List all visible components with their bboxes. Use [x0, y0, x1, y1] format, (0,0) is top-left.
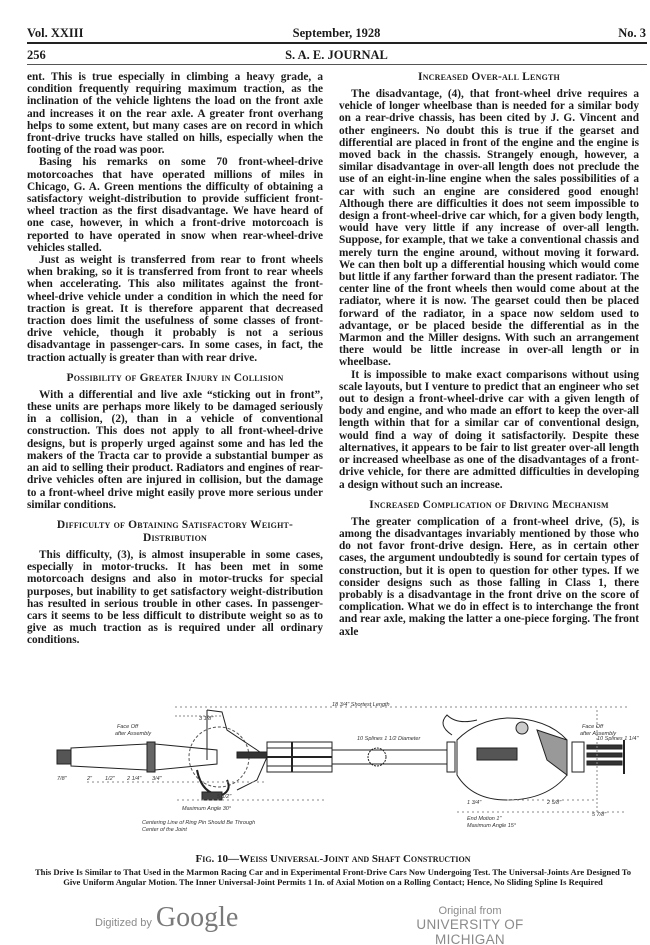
- journal-title: S. A. E. JOURNAL: [27, 48, 646, 63]
- paragraph: The greater complication of a front-whee…: [339, 516, 639, 638]
- issue-date: September, 1928: [27, 26, 646, 41]
- figure-caption: Fig. 10—Weiss Universal-Joint and Shaft …: [27, 853, 639, 887]
- svg-text:Face Off: Face Off: [582, 724, 604, 730]
- shaft-drawing-icon: 18 3/4" Shortest Length 3 1/8" Face Off …: [27, 700, 639, 850]
- right-column: Increased Over-all Length The disadvanta…: [339, 71, 639, 638]
- paragraph: ent. This is true especially in climbing…: [27, 71, 323, 156]
- svg-text:Centering Line of Ring Pin Sho: Centering Line of Ring Pin Should Be Thr…: [142, 820, 255, 826]
- page-number: 256: [27, 48, 46, 63]
- left-column: ent. This is true especially in climbing…: [27, 71, 323, 647]
- svg-text:10 Splines 1 1/4" Diameter: 10 Splines 1 1/4" Diameter: [597, 736, 639, 742]
- figure-title: Fig. 10—Weiss Universal-Joint and Shaft …: [27, 853, 639, 865]
- issue-number: No. 3: [618, 26, 646, 41]
- svg-text:Maximum Angle 15°: Maximum Angle 15°: [467, 823, 517, 829]
- svg-text:1 3/4": 1 3/4": [467, 800, 482, 806]
- svg-text:3/4": 3/4": [152, 776, 163, 782]
- section-heading-weight-distribution: Difficulty of Obtaining Satisfactory Wei…: [27, 519, 323, 545]
- svg-text:7/8": 7/8": [57, 776, 68, 782]
- svg-text:10 Splines 1 1/2 Diameter: 10 Splines 1 1/2 Diameter: [357, 736, 421, 742]
- svg-text:2 5/8": 2 5/8": [546, 800, 562, 806]
- section-heading-overall-length: Increased Over-all Length: [339, 71, 639, 84]
- svg-text:3 1/8": 3 1/8": [199, 716, 214, 722]
- paragraph: Basing his remarks on some 70 front-whee…: [27, 156, 323, 254]
- svg-text:2": 2": [86, 776, 93, 782]
- svg-text:Face Off: Face Off: [117, 724, 139, 730]
- digitized-by-label: Digitized by: [95, 917, 152, 929]
- google-logo: Google: [156, 902, 238, 934]
- volume-label: Vol. XXIII: [27, 26, 84, 41]
- section-heading-collision: Possibility of Greater Injury in Collisi…: [27, 372, 323, 385]
- paragraph: With a differential and live axle “stick…: [27, 389, 323, 511]
- university-label: UNIVERSITY OF MICHIGAN: [380, 917, 560, 945]
- section-heading-driving-mechanism: Increased Complication of Driving Mechan…: [339, 499, 639, 512]
- paragraph: Just as weight is transferred from rear …: [27, 254, 323, 364]
- svg-text:5 1/2": 5 1/2": [217, 794, 232, 800]
- digitized-by-watermark: Digitized by Google: [95, 902, 238, 934]
- figure-description: This Drive Is Similar to That Used in th…: [27, 867, 639, 887]
- figure-universal-joint-drawing: 18 3/4" Shortest Length 3 1/8" Face Off …: [27, 700, 639, 850]
- svg-text:Center of the Joint: Center of the Joint: [142, 827, 187, 833]
- original-source-watermark: Original from UNIVERSITY OF MICHIGAN: [380, 905, 560, 945]
- running-header: Vol. XXIII September, 1928 No. 3: [27, 26, 646, 41]
- svg-text:5 7/8": 5 7/8": [592, 812, 607, 818]
- svg-text:2 1/4": 2 1/4": [126, 776, 142, 782]
- svg-text:1/2": 1/2": [105, 776, 116, 782]
- svg-text:after Assembly: after Assembly: [115, 731, 152, 737]
- original-from-label: Original from: [380, 905, 560, 917]
- page-header: 256 S. A. E. JOURNAL: [27, 48, 646, 63]
- header-divider: [27, 64, 647, 65]
- paragraph: It is impossible to make exact compariso…: [339, 369, 639, 491]
- paragraph: This difficulty, (3), is almost insupera…: [27, 549, 323, 647]
- svg-text:Maximum Angle 30°: Maximum Angle 30°: [182, 806, 232, 812]
- header-rule: [27, 42, 647, 44]
- paragraph: The disadvantage, (4), that front-wheel …: [339, 88, 639, 369]
- svg-text:18 3/4" Shortest Length: 18 3/4" Shortest Length: [332, 702, 390, 708]
- svg-text:End Motion 1": End Motion 1": [467, 816, 502, 822]
